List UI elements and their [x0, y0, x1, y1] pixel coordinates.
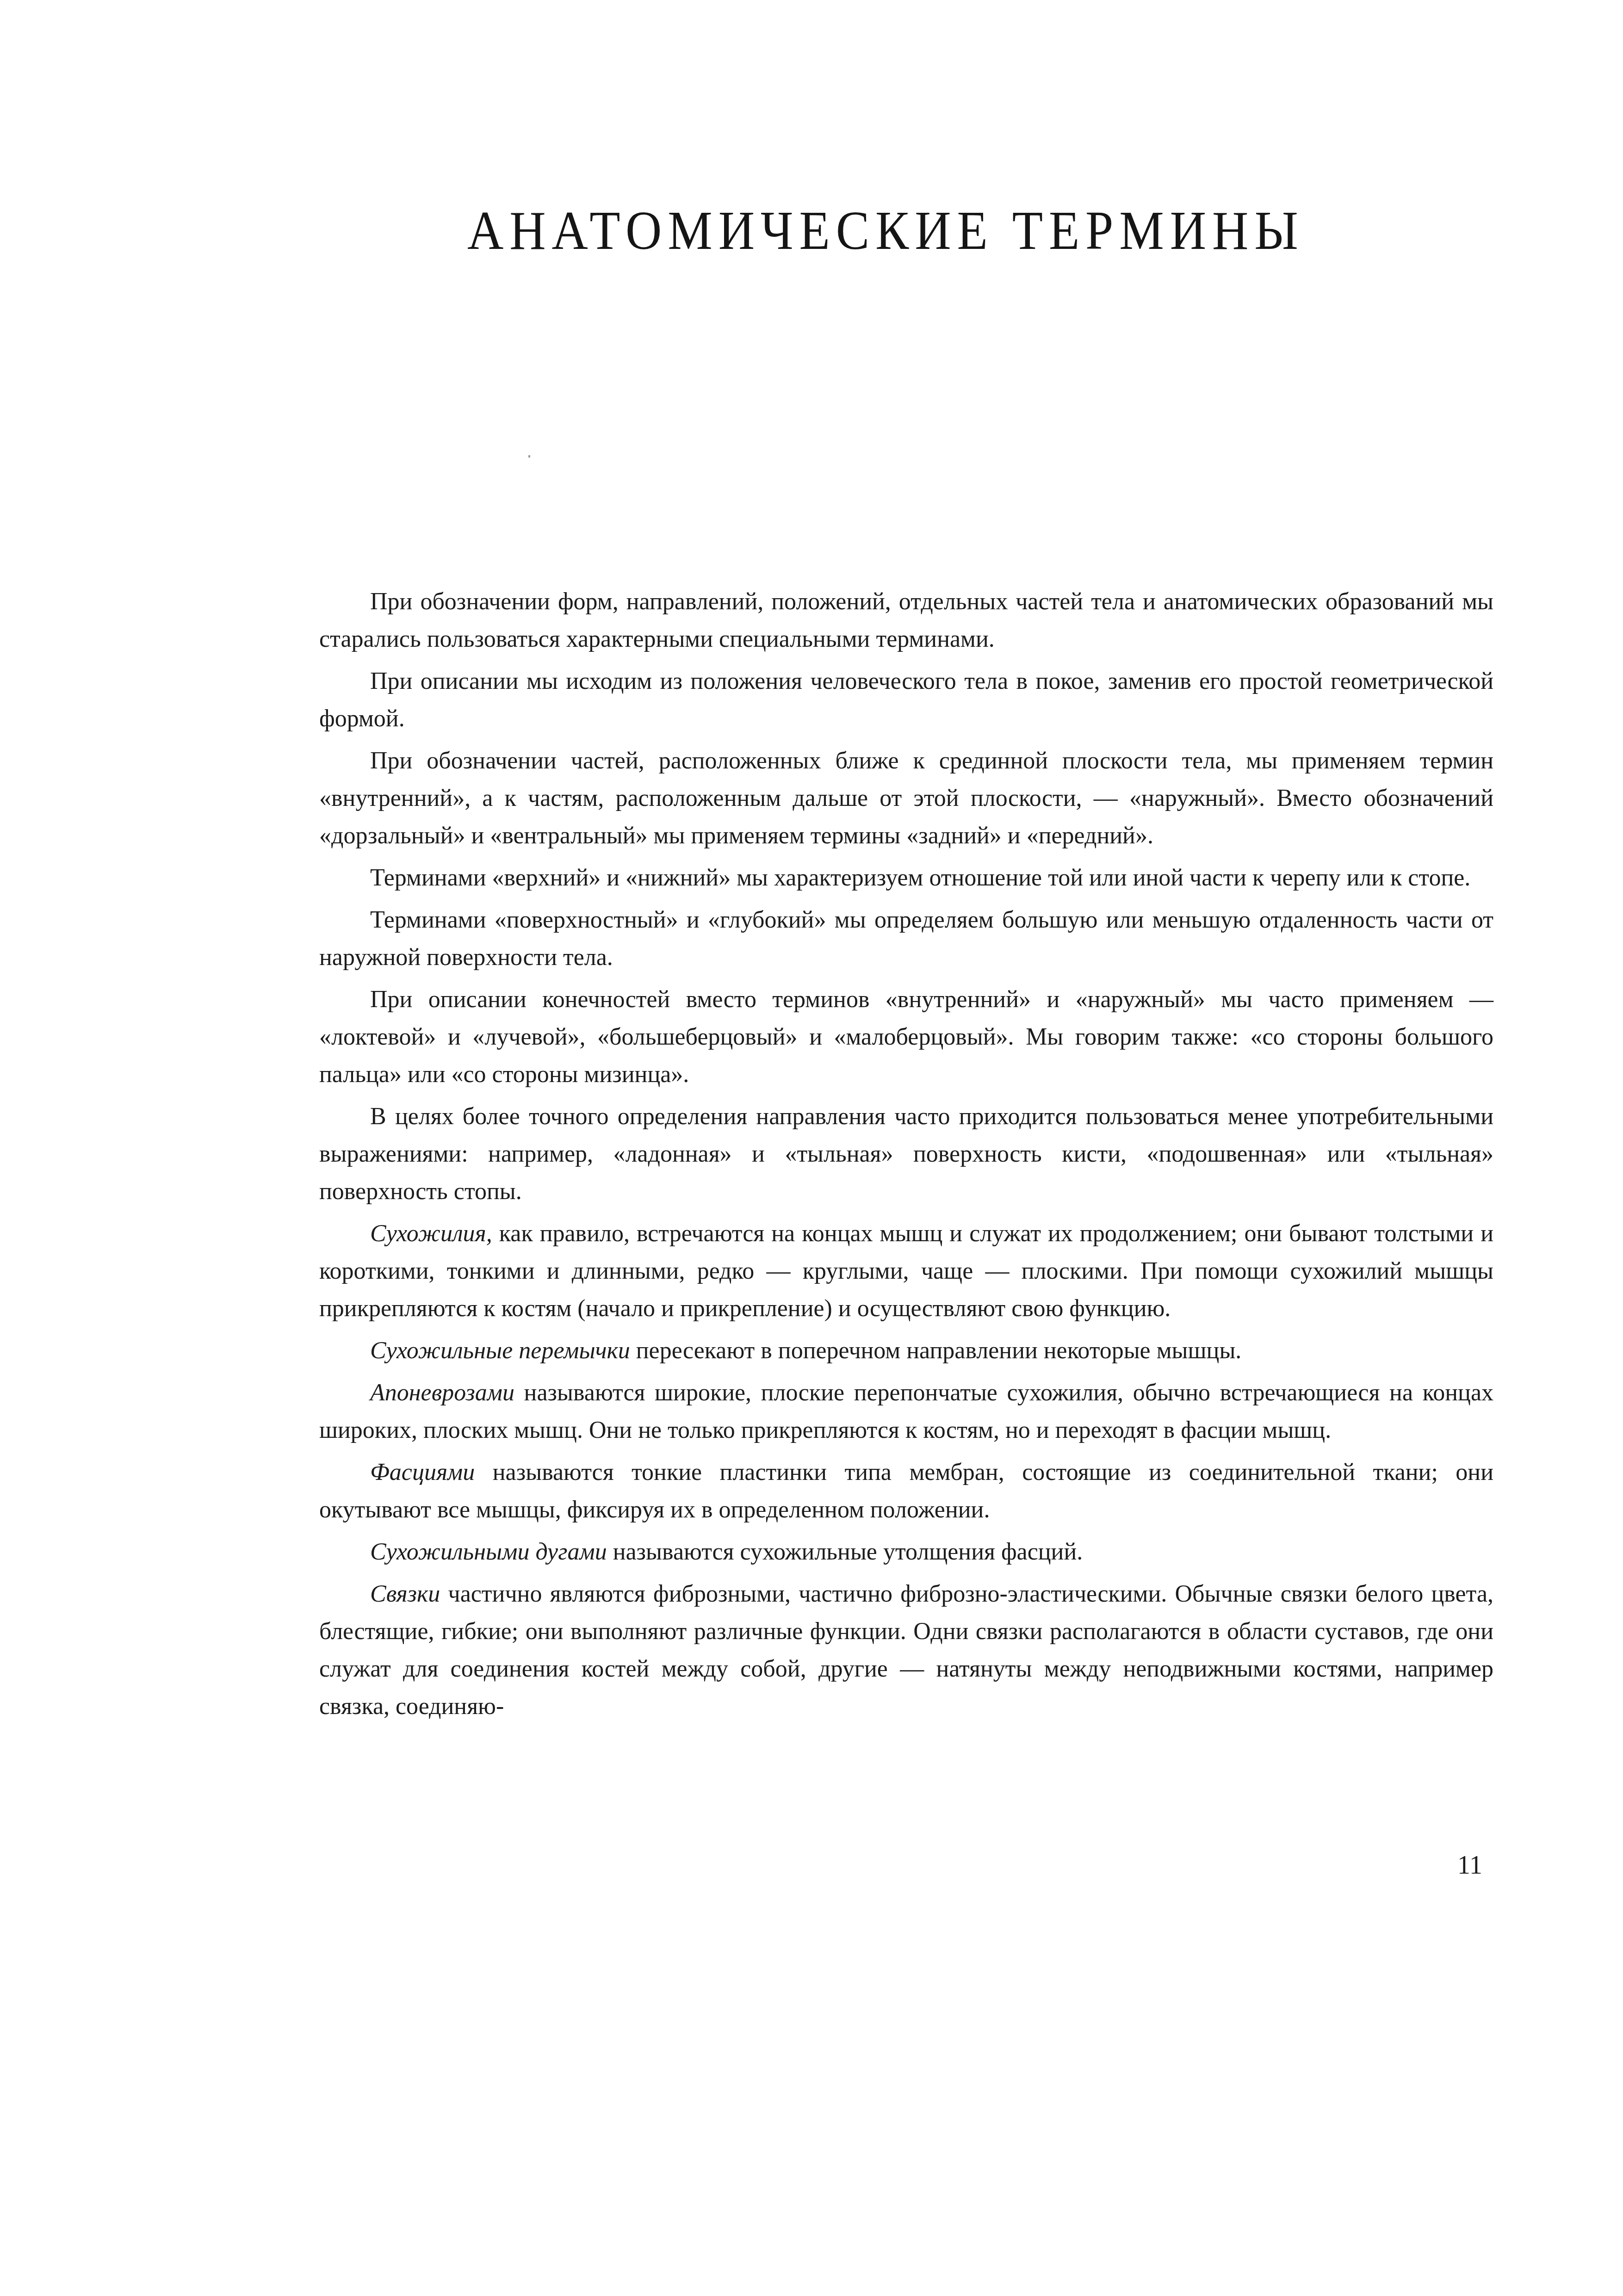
- paragraph-text: В целях более точного определения направ…: [319, 1103, 1493, 1205]
- paragraph-text: Терминами «поверхностный» и «глубокий» м…: [319, 907, 1493, 971]
- paragraph-text: пересекают в поперечном направлении неко…: [630, 1337, 1242, 1364]
- paragraph-term: Сухожилия,: [370, 1220, 492, 1247]
- paragraph: При обозначении частей, расположенных бл…: [319, 742, 1493, 854]
- paragraph-text: При описании мы исходим из положения чел…: [319, 668, 1493, 732]
- paragraph: Сухожильные перемычки пересекают в попер…: [319, 1332, 1493, 1369]
- paragraph-term: Связки: [370, 1581, 440, 1607]
- paragraph-text: При обозначении форм, направлений, полож…: [319, 588, 1493, 652]
- paragraph-term: Фасциями: [370, 1459, 475, 1485]
- paragraph-text: называются сухожильные утолщения фасций.: [607, 1539, 1083, 1565]
- paragraph-term: Сухожильные перемычки: [370, 1337, 630, 1364]
- page-title: АНАТОМИЧЕСКИЕ ТЕРМИНЫ: [467, 204, 1276, 258]
- paragraph-text: Терминами «верхний» и «нижний» мы характ…: [370, 865, 1470, 891]
- paragraph: Фасциями называются тонкие пластинки тип…: [319, 1454, 1493, 1529]
- paragraph-text: При описании конечностей вместо терминов…: [319, 986, 1493, 1088]
- paragraph: Апоневрозами называются широкие, плоские…: [319, 1374, 1493, 1449]
- document-page: АНАТОМИЧЕСКИЕ ТЕРМИНЫ При обозначении фо…: [0, 0, 1623, 2296]
- paragraph: Сухожильными дугами называются сухожильн…: [319, 1533, 1493, 1571]
- body-text: При обозначении форм, направлений, полож…: [319, 583, 1493, 1730]
- paragraph: При описании мы исходим из положения чел…: [319, 662, 1493, 737]
- paragraph-text: называются тонкие пластинки типа мембран…: [319, 1459, 1493, 1523]
- paragraph-text: как правило, встречаются на концах мышц …: [319, 1220, 1493, 1322]
- paragraph: При обозначении форм, направлений, полож…: [319, 583, 1493, 658]
- paragraph: Сухожилия, как правило, встречаются на к…: [319, 1215, 1493, 1327]
- page-number: 11: [1457, 1850, 1482, 1880]
- paragraph-term: Апоневрозами: [370, 1380, 514, 1406]
- scan-speck: [528, 455, 530, 458]
- paragraph-text: частично являются фиброзными, частично ф…: [319, 1581, 1493, 1720]
- paragraph: При описании конечностей вместо терминов…: [319, 981, 1493, 1093]
- paragraph: Связки частично являются фиброзными, час…: [319, 1575, 1493, 1725]
- paragraph: Терминами «поверхностный» и «глубокий» м…: [319, 901, 1493, 976]
- paragraph-term: Сухожильными дугами: [370, 1539, 607, 1565]
- paragraph: Терминами «верхний» и «нижний» мы характ…: [319, 859, 1493, 897]
- paragraph-text: При обозначении частей, расположенных бл…: [319, 748, 1493, 849]
- paragraph: В целях более точного определения направ…: [319, 1098, 1493, 1210]
